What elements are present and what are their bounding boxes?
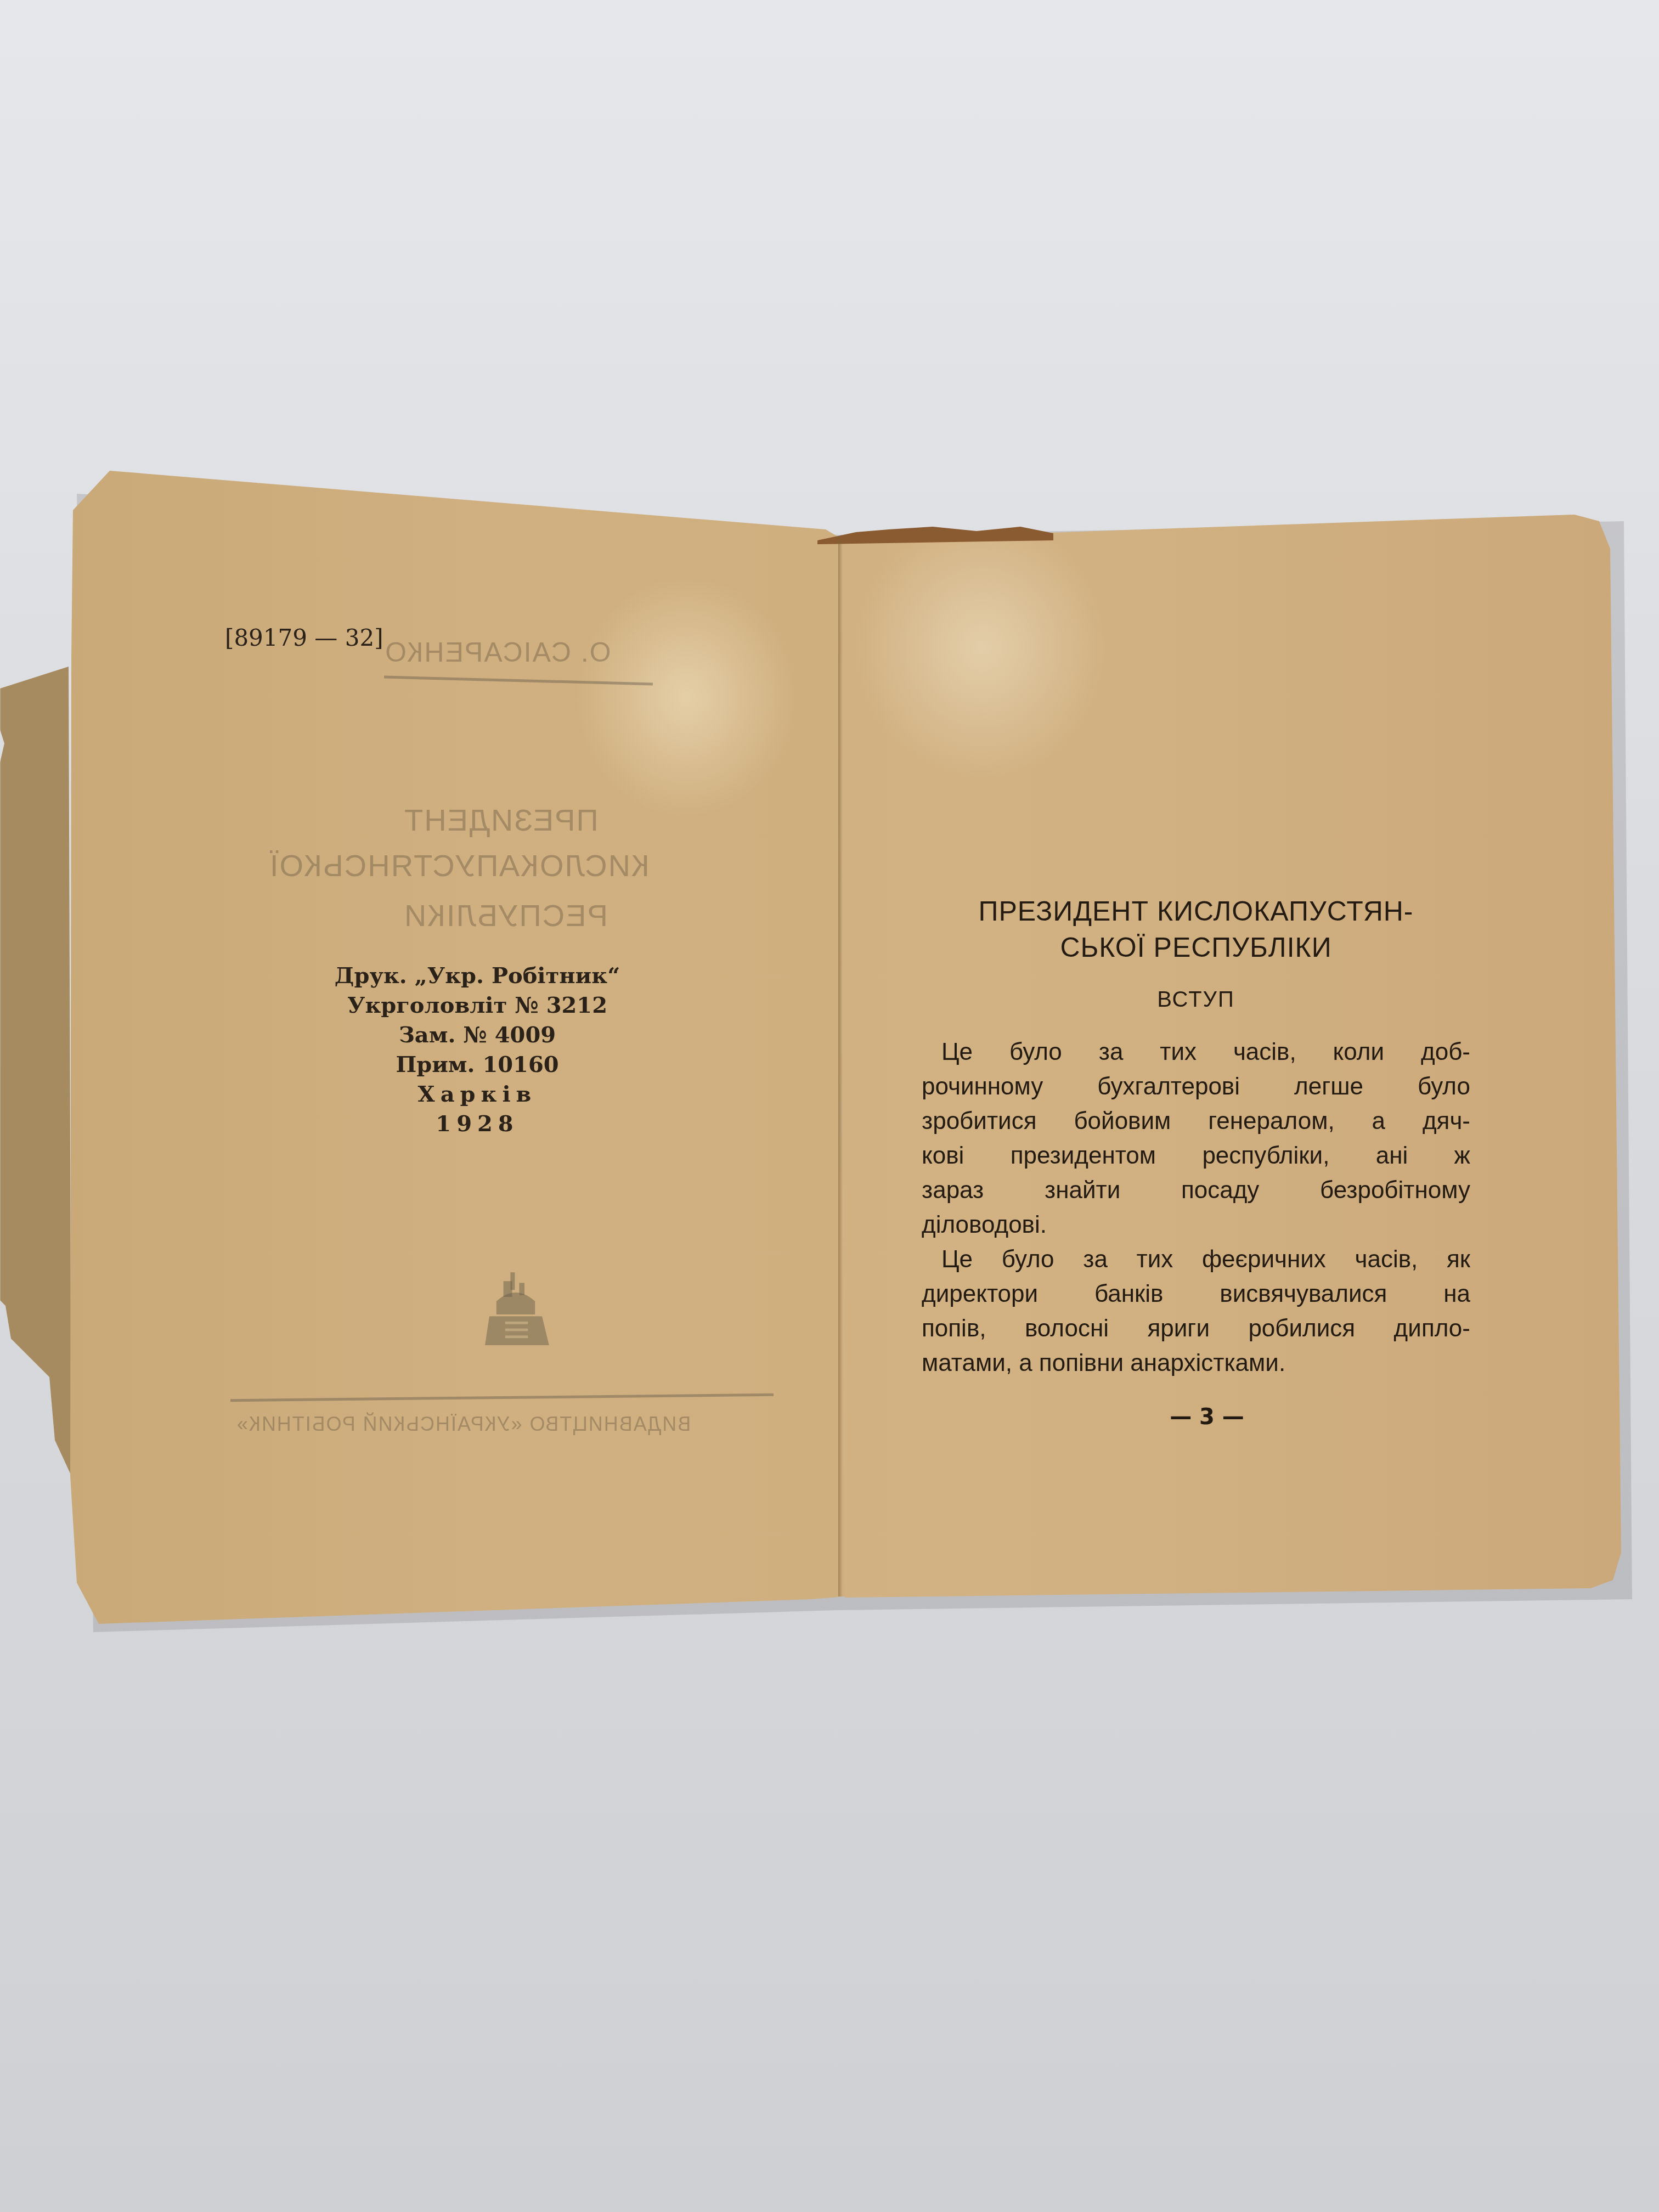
imprint-censor-number: Укрголовліт № 3212 — [307, 991, 647, 1020]
chapter-title: ПРЕЗИДЕНТ КИСЛОКАПУСТЯН- СЬКОЇ РЕСПУБЛІК… — [900, 893, 1492, 966]
show-through-title-line: КИСЛОКАПУСТЯНСЬКОЇ — [269, 848, 650, 883]
text-line: діловодові. — [922, 1207, 1470, 1242]
text-line: попів, волосні яриги робилися дипло- — [922, 1311, 1470, 1346]
chapter-title-line: ПРЕЗИДЕНТ КИСЛОКАПУСТЯН- — [900, 893, 1492, 929]
imprint-year: 1928 — [307, 1109, 647, 1139]
imprint-printer: Друк. „Укр. Робітник“ — [307, 961, 647, 991]
show-through-author: О. САІСАРЕНКО — [384, 636, 611, 668]
printing-imprint: Друк. „Укр. Робітник“ Укрголовліт № 3212… — [307, 961, 647, 1139]
show-through-publisher: ВИДАВНИЦТВО «УКРАЇНСЬКИЙ РОБІТНИК» — [236, 1413, 691, 1436]
text-line: Це було за тих феєричних часів, як — [922, 1242, 1470, 1277]
show-through-title-line: ПРЕЗИДЕНТ — [403, 802, 599, 838]
text-line: матами, а попівни анархістками. — [922, 1346, 1470, 1380]
text-line: Це було за тих часів, коли доб- — [922, 1035, 1470, 1069]
catalog-number: [89179 — 32] — [225, 624, 383, 651]
body-text: Це було за тих часів, коли доб- рочинном… — [922, 1035, 1470, 1380]
text-line: зробитися бойовим генералом, а дяч- — [922, 1104, 1470, 1138]
text-line: зараз знайти посаду безробітному — [922, 1173, 1470, 1207]
section-heading: ВСТУП — [900, 988, 1492, 1012]
book-gutter — [838, 540, 843, 1596]
text-line: директори банків висвячувалися на — [922, 1277, 1470, 1311]
imprint-order-number: Зам. № 4009 — [307, 1020, 647, 1050]
text-line: кові президентом республіки, ані ж — [922, 1138, 1470, 1173]
publisher-emblem-icon — [472, 1262, 560, 1350]
show-through-title-line: РЕСПУБЛІКИ — [403, 898, 608, 933]
imprint-city: Харків — [307, 1080, 647, 1109]
text-line: рочинному бухгалтерові легше було — [922, 1069, 1470, 1104]
imprint-print-run: Прим. 10160 — [307, 1050, 647, 1080]
page-number: — 3 — — [1125, 1404, 1289, 1430]
chapter-title-line: СЬКОЇ РЕСПУБЛІКИ — [900, 929, 1492, 966]
